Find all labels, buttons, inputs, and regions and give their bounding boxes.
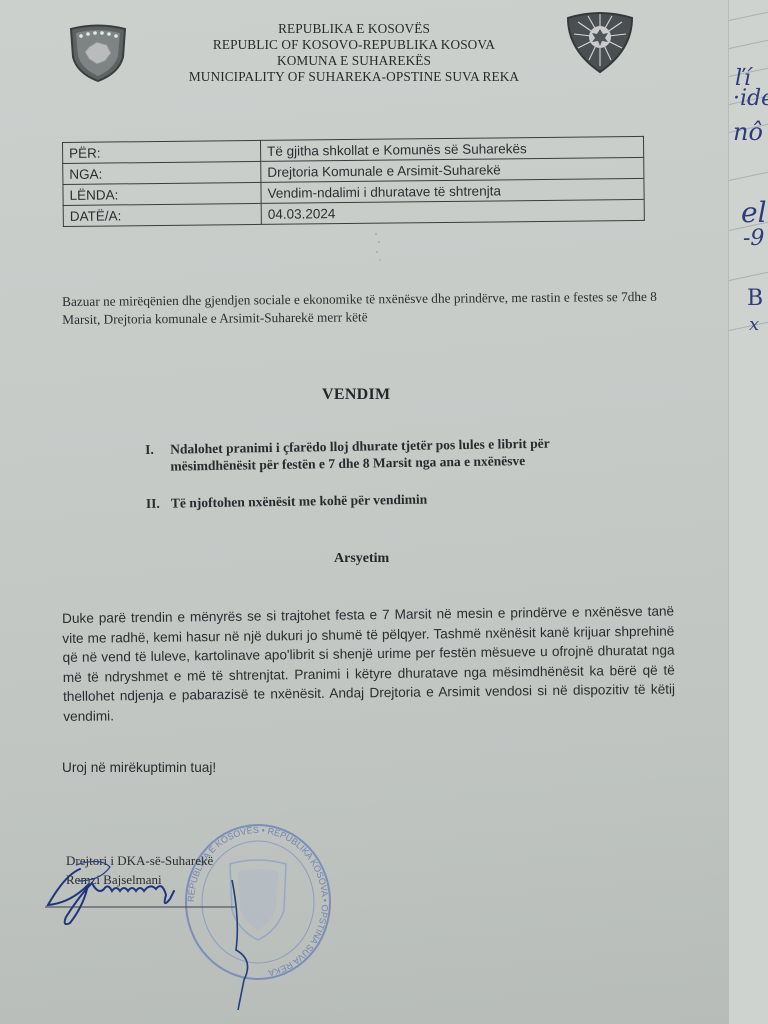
suhareka-municipality-emblem-icon: [565, 10, 635, 75]
print-specks: [370, 230, 400, 270]
ruled-line: [729, 12, 768, 21]
letterhead: REPUBLIKA E KOSOVËS REPUBLIC OF KOSOVO-R…: [150, 21, 558, 85]
letterhead-line: REPUBLIKA E KOSOVËS: [150, 21, 558, 37]
pen-stroke: [230, 880, 260, 1010]
handwriting-scribble: -9: [743, 226, 764, 251]
decision-item-number: I.: [145, 441, 171, 475]
decision-item-text: Ndalohet pranimi i çfarëdo lloj dhurate …: [170, 434, 605, 475]
ruled-line: [729, 172, 768, 181]
ruled-line: [729, 40, 768, 49]
document-page: REPUBLIKA E KOSOVËS REPUBLIC OF KOSOVO-R…: [0, 0, 728, 1024]
decision-item-text: Të njoftohen nxënësit me kohë për vendim…: [171, 491, 428, 512]
kosovo-coat-of-arms-icon: [67, 23, 129, 83]
handwriting-scribble: nô: [733, 118, 763, 146]
meta-label: NGA:: [63, 161, 261, 184]
ruled-line: [729, 272, 768, 281]
letterhead-line: MUNICIPALITY OF SUHAREKA-OPSTINE SUVA RE…: [150, 69, 558, 85]
handwriting-scribble: x: [749, 314, 759, 335]
meta-value: 04.03.2024: [261, 199, 644, 224]
decision-item-number: II.: [146, 495, 171, 512]
decision-heading: VENDIM: [322, 386, 390, 404]
meta-label: LËNDA:: [63, 182, 261, 205]
reasoning-paragraph: Duke parë trendin e mënyrës se si trajto…: [62, 601, 675, 725]
meta-label: DATË/A:: [63, 203, 261, 226]
handwritten-signature-icon: [40, 855, 240, 925]
closing-line: Uroj në mirëkuptimin tuaj!: [62, 760, 216, 775]
document-meta-table: PËR: Të gjitha shkollat e Komunës së Suh…: [62, 136, 645, 227]
letterhead-line: REPUBLIC OF KOSOVO-REPUBLIKA KOSOVA: [150, 37, 558, 53]
decision-item: II. Të njoftohen nxënësit me kohë për ve…: [146, 488, 606, 512]
handwriting-scribble: el: [741, 196, 767, 229]
reasoning-heading: Arsyetim: [334, 551, 389, 567]
handwriting-scribble: B: [747, 286, 763, 311]
intro-paragraph: Bazuar ne mirëqënien dhe gjendjen social…: [62, 288, 672, 329]
letterhead-line: KOMUNA E SUHAREKËS: [150, 53, 558, 69]
meta-label: PËR:: [63, 140, 261, 163]
decision-list: I. Ndalohet pranimi i çfarëdo lloj dhura…: [145, 434, 606, 532]
adjacent-notebook-page: ľí ·ide nô el -9 B x: [728, 0, 768, 1024]
handwriting-scribble: ·ide: [733, 86, 768, 111]
decision-item: I. Ndalohet pranimi i çfarëdo lloj dhura…: [145, 434, 605, 475]
